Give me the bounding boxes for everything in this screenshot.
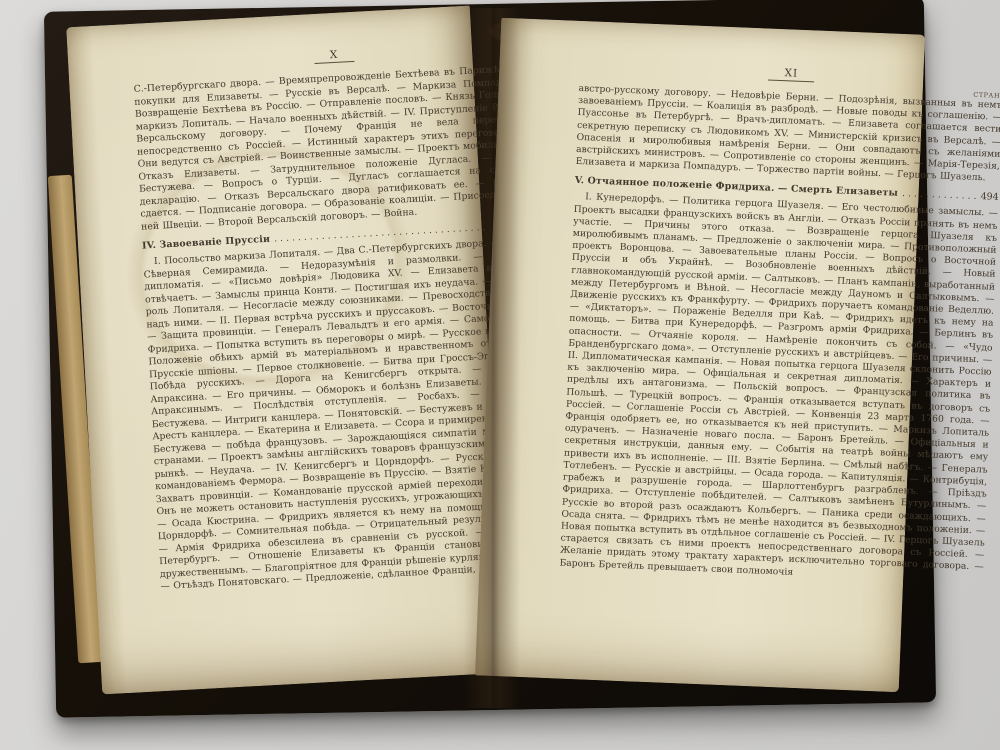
left-page: X СТРАН. С.-Петербургскаго двора. — Врем… xyxy=(66,6,506,695)
left-toc-paragraph-continuation: С.-Петербургскаго двора. — Времяпрепрово… xyxy=(133,62,545,234)
section-heading-v-page-ref: 494 xyxy=(980,192,998,204)
right-page: XI СТРАН. австро-русскому договору. — Не… xyxy=(475,18,925,692)
section-heading-v-leader-dots: . . . . . . . . . . . . . . . . xyxy=(898,188,981,202)
section-heading-iv-title: IV. Завоеваніе Пруссіи xyxy=(142,234,271,252)
photo-background: X СТРАН. С.-Петербургскаго двора. — Врем… xyxy=(0,0,1000,750)
right-toc-paragraph-chapter: I. Кунередорфъ. — Политика герцога Шуазе… xyxy=(559,191,998,586)
right-page-number: XI xyxy=(768,67,814,83)
right-column-label: СТРАН. xyxy=(973,91,1000,100)
left-page-number: X xyxy=(314,48,355,64)
right-toc-paragraph-continuation: австро-русскому договору. — Недовѣріе Бе… xyxy=(575,83,1000,185)
